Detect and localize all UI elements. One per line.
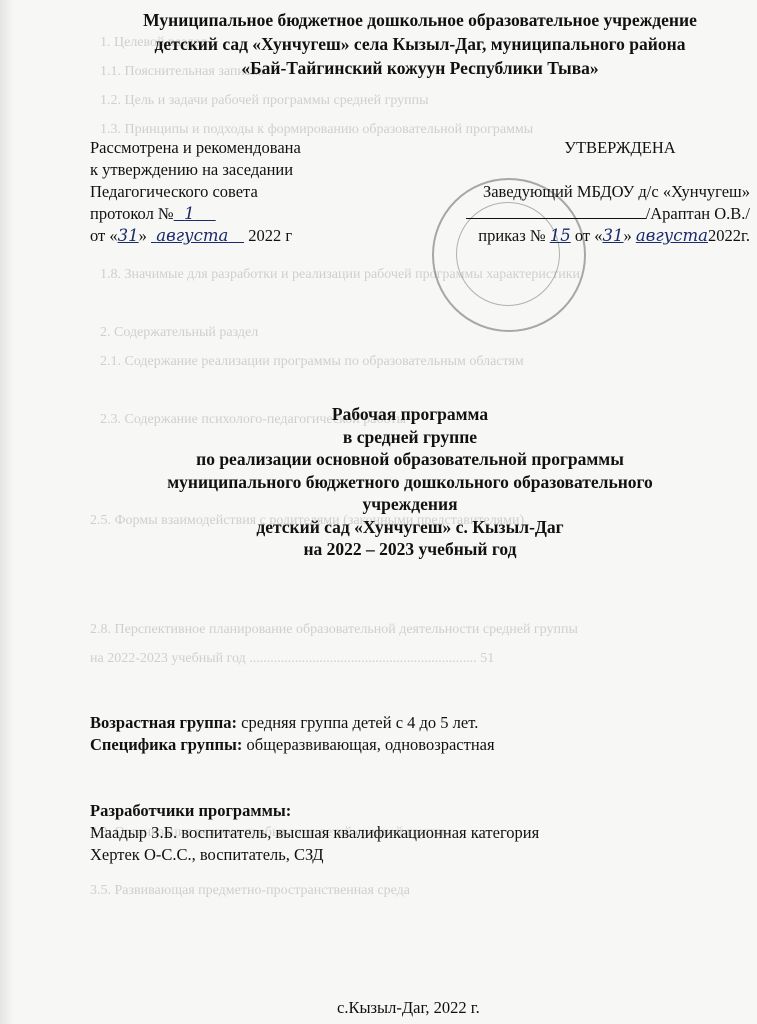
title-line-3: по реализации основной образовательной п… (90, 448, 730, 471)
director-name: /Арaптан О.В./ (646, 204, 750, 223)
council-approval-block: Рассмотрена и рекомендована к утверждени… (90, 137, 301, 247)
developer-1: Маадыр З.Б. воспитатель, высшая квалифик… (90, 822, 539, 844)
title-line-7: на 2022 – 2023 учебный год (90, 538, 730, 561)
age-group-line: Возрастная группа: средняя группа детей … (90, 712, 495, 734)
document-title: Рабочая программа в средней группе по ре… (90, 403, 730, 561)
developers-block: Разработчики программы: Маадыр З.Б. восп… (90, 800, 539, 866)
director-approval-block: УТВЕРЖДЕНА Заведующий МБДОУ д/с «Хунчуге… (420, 137, 750, 247)
header-line-3: «Бай-Тайгинский кожуун Республики Тыва» (90, 56, 750, 80)
title-line-6: детский сад «Хунчугеш» с. Кызыл-Даг (90, 516, 730, 539)
group-info: Возрастная группа: средняя группа детей … (90, 712, 495, 756)
order-line: приказ № 15 от «31» августа2022г. (420, 225, 750, 247)
approved-title: УТВЕРЖДЕНА (490, 137, 750, 159)
order-day: 31 (603, 226, 624, 245)
header-line-1: Муниципальное бюджетное дошкольное образ… (90, 8, 750, 32)
developers-label: Разработчики программы: (90, 800, 539, 822)
title-line-5: учреждения (90, 493, 730, 516)
council-date-month: августа (151, 226, 244, 245)
council-date-day: 31 (118, 226, 139, 245)
institution-header: Муниципальное бюджетное дошкольное образ… (90, 8, 750, 80)
order-number: 15 (550, 226, 571, 245)
director-signature-line: /Арaптан О.В./ (420, 203, 750, 225)
protocol-number: 1 (174, 204, 216, 223)
council-line-1: Рассмотрена и рекомендована (90, 137, 301, 159)
developer-2: Хертек О-С.С., воспитатель, СЗД (90, 844, 539, 866)
title-line-1: Рабочая программа (90, 403, 730, 426)
title-line-4: муниципального бюджетного дошкольного об… (90, 471, 730, 494)
title-line-2: в средней группе (90, 426, 730, 449)
scan-edge (0, 0, 14, 1024)
place-year-footer: с.Кызыл-Даг, 2022 г. (337, 998, 480, 1018)
order-month: августа (636, 226, 708, 245)
council-date-line: от «31» августа 2022 г (90, 225, 301, 247)
director-position: Заведующий МБДОУ д/с «Хунчугеш» (420, 181, 750, 203)
header-line-2: детский сад «Хунчугеш» села Кызыл-Даг, м… (90, 32, 750, 56)
protocol-line: протокол № 1 (90, 203, 301, 225)
group-spec-line: Специфика группы: общеразвивающая, однов… (90, 734, 495, 756)
protocol-label: протокол № (90, 204, 174, 223)
council-line-3: Педагогического совета (90, 181, 301, 203)
council-line-2: к утверждению на заседании (90, 159, 301, 181)
